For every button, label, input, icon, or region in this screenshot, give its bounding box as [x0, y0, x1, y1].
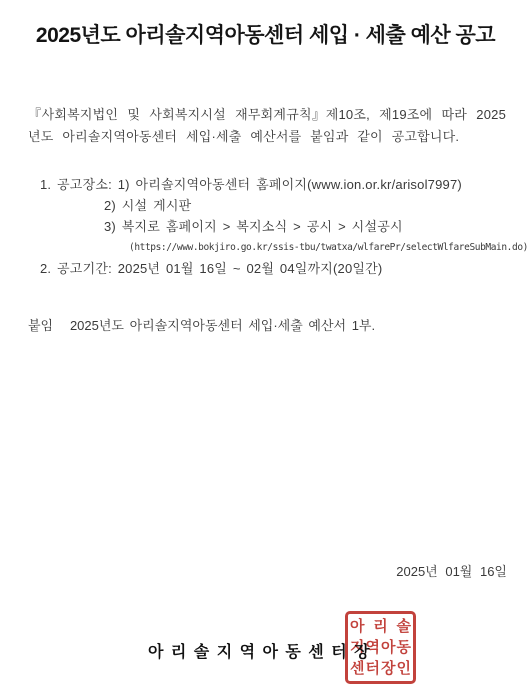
notice-period-line: 2. 공고기간: 2025년 01월 16일 ~ 02월 04일까지(20일간) — [40, 258, 510, 279]
stamp-line-1: 아리솔 — [350, 617, 411, 636]
notice-place-line: 1. 공고장소: 1) 아리솔지역아동센터 홈페이지(www.ion.or.kr… — [40, 174, 510, 195]
notice-list: 1. 공고장소: 1) 아리솔지역아동센터 홈페이지(www.ion.or.kr… — [40, 174, 510, 279]
signer-name: 아 리 솔 지 역 아 동 센 터 장 — [148, 639, 370, 662]
notice-place-sub-3: 3) 복지로 홈페이지 > 복지소식 > 공시 > 시설공시 — [104, 216, 510, 237]
announcement-document: 2025년도 아리솔지역아동센터 세입 · 세출 예산 공고 『사회복지법인 및… — [0, 0, 531, 693]
announcement-title: 2025년도 아리솔지역아동센터 세입 · 세출 예산 공고 — [0, 19, 531, 49]
notice-place-sub-2: 2) 시설 게시판 — [104, 195, 510, 216]
intro-paragraph: 『사회복지법인 및 사회복지시설 재무회계규칙』제10조, 제19조에 따라 2… — [28, 104, 506, 148]
notice-place-url: (https://www.bokjiro.go.kr/ssis-tbu/twat… — [129, 237, 510, 258]
issue-date: 2025년 01월 16일 — [396, 561, 507, 580]
attachment-line: 붙임 2025년도 아리솔지역아동센터 세입·세출 예산서 1부. — [28, 315, 375, 334]
